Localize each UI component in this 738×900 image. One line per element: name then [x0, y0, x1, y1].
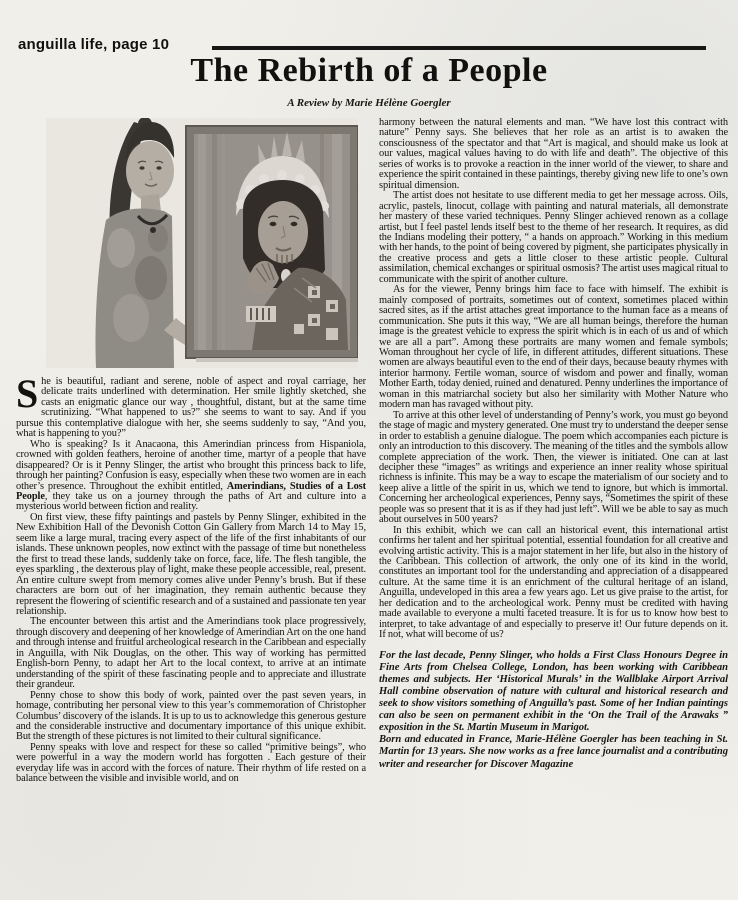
column-left: She is beautiful, radiant and serene, no… — [16, 118, 366, 785]
paragraph-text: , they take us on a journey through the … — [16, 491, 366, 512]
paragraph: Who is speaking? Is it Anacaona, this Am… — [16, 440, 366, 513]
byline: A Review by Marie Hélène Goergler — [0, 97, 738, 109]
paragraph: The artist does not hesitate to use diff… — [379, 191, 728, 285]
bio-paragraph: Born and educated in France, Marie-Hélèn… — [379, 734, 728, 770]
paragraph: As for the viewer, Penny brings him face… — [379, 285, 728, 410]
paragraph: Penny speaks with love and respect for t… — [16, 743, 366, 785]
paragraph: The encounter between this artist and th… — [16, 617, 366, 690]
artist-photo — [46, 118, 358, 368]
paragraph: In this exhibit, which we can call an hi… — [379, 526, 728, 641]
author-bio: For the last decade, Penny Slinger, who … — [379, 650, 728, 771]
photo-illustration — [46, 118, 358, 368]
paragraph: She is beautiful, radiant and serene, no… — [16, 377, 366, 440]
paragraph-text: he is beautiful, radiant and serene, nob… — [16, 376, 366, 439]
masthead: anguilla life, page 10 — [18, 36, 169, 53]
article-body: She is beautiful, radiant and serene, no… — [16, 118, 728, 785]
paragraph: To arrive at this other level of underst… — [379, 411, 728, 526]
drop-cap: S — [16, 377, 41, 409]
paragraph: Penny chose to show this body of work, p… — [16, 691, 366, 743]
magazine-page: anguilla life, page 10 The Rebirth of a … — [0, 0, 738, 900]
page-title: The Rebirth of a People — [0, 52, 738, 90]
paragraph: harmony between the natural elements and… — [379, 118, 728, 191]
bio-paragraph: For the last decade, Penny Slinger, who … — [379, 650, 728, 735]
header-rule — [212, 46, 706, 50]
column-right: harmony between the natural elements and… — [379, 118, 728, 785]
paragraph: On first view, these fifty paintings and… — [16, 513, 366, 618]
